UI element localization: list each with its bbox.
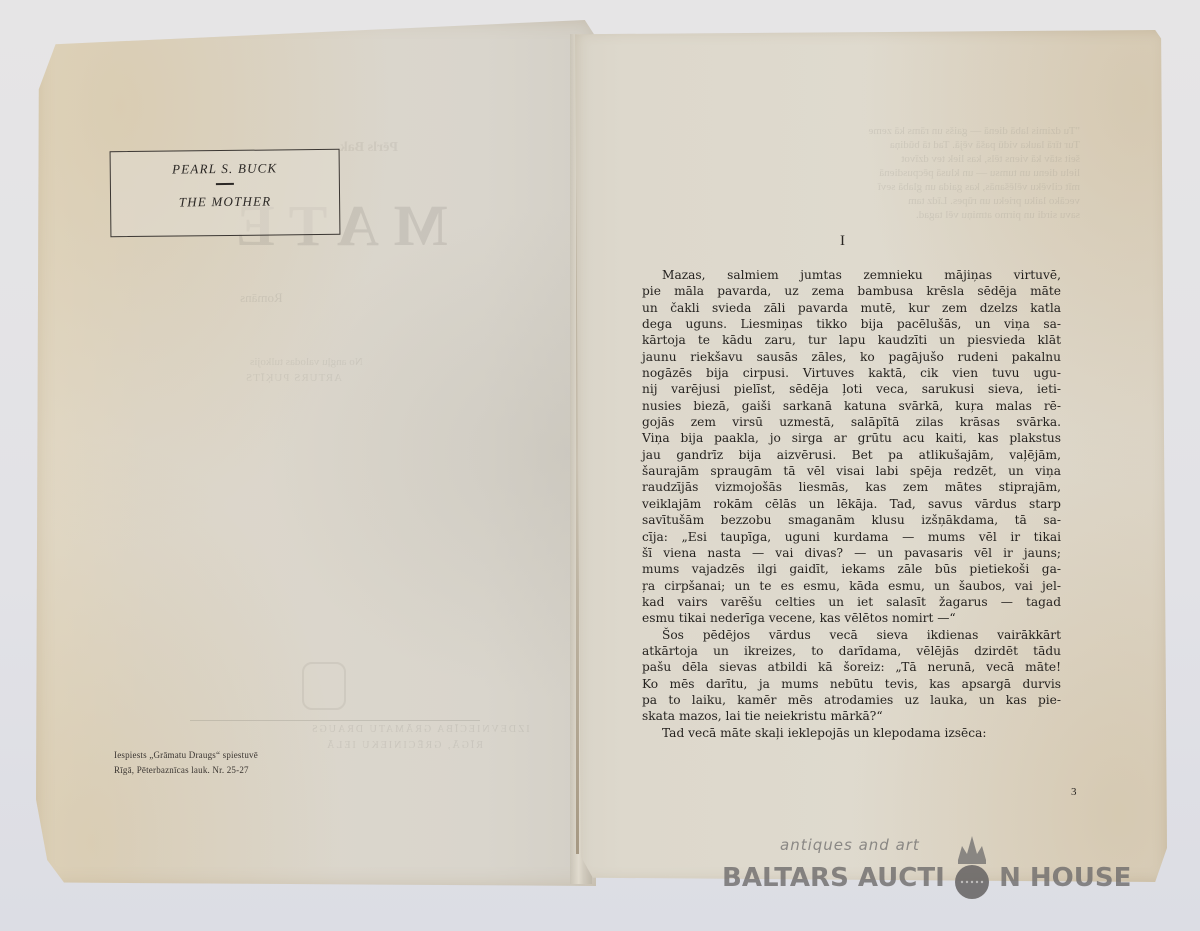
text-line: un čakli svieda zāli pavarda mutē, kur z… xyxy=(642,300,1061,316)
text-line: Tad vecā māte skaļi ieklepojās un klepod… xyxy=(642,725,1061,741)
text-line: esmu tikai nederīga vecene, kas vēlētos … xyxy=(642,610,1061,626)
text-line: nogāzēs bija cirpusi. Virtuves kaktā, ci… xyxy=(642,365,1061,381)
label-title: THE MOTHER xyxy=(111,193,339,211)
show-through-publisher-emblem-icon xyxy=(302,662,346,710)
text-line: Šos pēdējos vārdus vecā sieva ikdienas v… xyxy=(642,627,1061,643)
printer-note-line2: Rīgā, Pēterbaznīcas lauk. Nr. 25-27 xyxy=(114,763,258,778)
pasted-title-label: PEARL S. BUCK THE MOTHER xyxy=(110,149,341,237)
text-line: jau gandrīz bija aizvērusi. Bet pa atlik… xyxy=(642,447,1061,463)
label-author: PEARL S. BUCK xyxy=(111,160,339,178)
text-line: Ko mēs darītu, ja mums nebūtu tevis, kas… xyxy=(642,676,1061,692)
text-line: nij varējusi pielīst, sēdēja ļoti veca, … xyxy=(642,381,1061,397)
text-line: veiklajām rokām cēlās un lēkāja. Tad, sa… xyxy=(642,496,1061,512)
text-line: ŗa cirpšanai; un te es esmu, kāda esmu, … xyxy=(642,578,1061,594)
text-line: kad vairs varēšu celties un iet salasīt … xyxy=(642,594,1061,610)
text-line: nusies biezā, gaiši sarkanā katuna svārk… xyxy=(642,398,1061,414)
chapter-body-text: Mazas, salmiem jumtas zemnieku mājiņas v… xyxy=(642,267,1061,741)
text-line: pašu dēla sievas atbildi kā šoreiz: „Tā … xyxy=(642,659,1061,675)
text-line: mums vajadzēs ilgi gaidīt, iekams zāle b… xyxy=(642,561,1061,577)
text-line: gojās zem virsū uzmestā, salāpītā zilas … xyxy=(642,414,1061,430)
text-line: jaunu riekšavu sausās zāles, ko pagājušo… xyxy=(642,349,1061,365)
text-line: skata mazos, lai tie neiekristu mārkā?“ xyxy=(642,708,1061,724)
text-line: šaurajām spraugām tā vēl visai labi spēj… xyxy=(642,463,1061,479)
text-line: šī viena nasta — vai divas? — un pavasar… xyxy=(642,545,1061,561)
text-line: savītušām bezzobu smaganām klusu izšņākd… xyxy=(642,512,1061,528)
page-number: 3 xyxy=(1071,786,1077,798)
label-divider xyxy=(216,183,234,185)
text-line: cīja: „Esi taupīga, uguni kurdama — mums… xyxy=(642,529,1061,545)
text-line: Mazas, salmiem jumtas zemnieku mājiņas v… xyxy=(642,267,1061,283)
text-line: atkārtoja un ikreizes, to darīdama, vēlē… xyxy=(642,643,1061,659)
text-line: dega uguns. Liesmiņas tikko bija pacēluš… xyxy=(642,316,1061,332)
text-line: raudzījās vizmojošās liesmās, kas zem mā… xyxy=(642,479,1061,495)
text-line: pa to laiku, kamēr mēs atrodamies uz lau… xyxy=(642,692,1061,708)
text-line: kārtoja te kādu zaru, tur lapu kaudzīti … xyxy=(642,332,1061,348)
text-line: pie māla pavarda, uz zema bambusa krēsla… xyxy=(642,283,1061,299)
show-through-rule xyxy=(190,720,480,721)
chapter-number: I xyxy=(840,233,845,250)
printer-note-line1: Iespiests „Grāmatu Draugs“ spiestuvē xyxy=(114,748,258,763)
printer-imprint-note: Iespiests „Grāmatu Draugs“ spiestuvē Rīg… xyxy=(114,748,258,778)
text-line: Viņa bija paakla, jo sirga ar grūtu acu … xyxy=(642,430,1061,446)
